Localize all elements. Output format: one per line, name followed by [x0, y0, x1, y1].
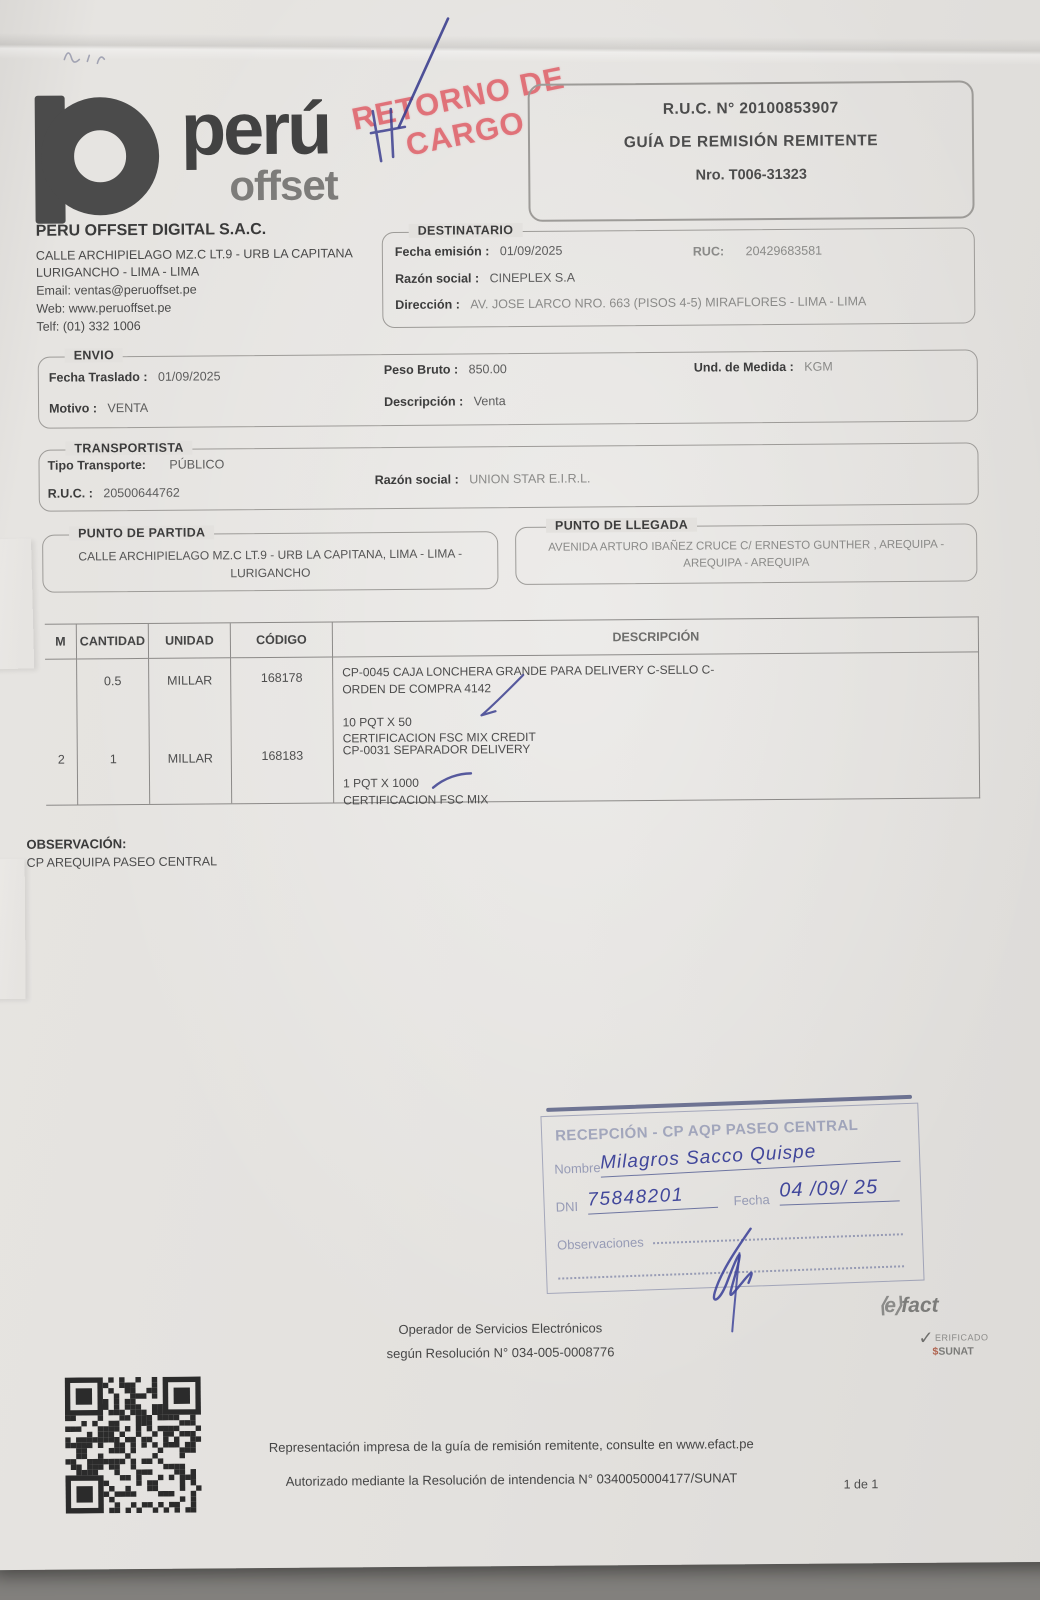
row1-codigo: 168178: [231, 670, 332, 685]
paper-sheet: perú offset RETORNO DE CARGO R.U.C. N° 2…: [0, 0, 1040, 1570]
punto-partida-title: PUNTO DE PARTIDA: [69, 525, 214, 540]
punto-llegada-title: PUNTO DE LLEGADA: [546, 518, 697, 533]
tipo-transporte-value: PÚBLICO: [169, 457, 224, 471]
row2-descripcion: CP-0031 SEPARADOR DELIVERY 1 PQT X 1000 …: [343, 737, 975, 808]
punto-partida-box: PUNTO DE PARTIDA CALLE ARCHIPIELAGO MZ.C…: [42, 531, 498, 593]
operador-info: Operador de Servicios Electrónicos según…: [310, 1320, 690, 1362]
peso-bruto-value: 850.00: [469, 362, 507, 376]
sender-name: PERU OFFSET DIGITAL S.A.C.: [36, 218, 381, 243]
reception-stamp: RECEPCIÓN - CP AQP PASEO CENTRAL Nombre …: [538, 1087, 927, 1297]
destinatario-ruc-value: 20429683581: [746, 244, 823, 259]
razon-social-value: CINEPLEX S.A: [490, 271, 576, 286]
row2-item: 2: [46, 752, 77, 766]
col-descripcion: DESCRIPCIÓN CP-0045 CAJA LONCHERA GRANDE…: [332, 617, 980, 802]
row1-descripcion: CP-0045 CAJA LONCHERA GRANDE PARA DELIVE…: [342, 659, 974, 747]
observaciones-label: Observaciones: [557, 1235, 644, 1253]
header-unidad: UNIDAD: [149, 623, 230, 659]
unidad-medida-label: Und. de Medida :: [694, 360, 794, 375]
legal-line1: Representación impresa de la guía de rem…: [111, 1435, 911, 1456]
peru-offset-logo: perú offset: [33, 83, 364, 236]
observacion-section: OBSERVACIÓN: CP AREQUIPA PASEO CENTRAL: [26, 835, 217, 869]
row1-cantidad: 0.5: [77, 674, 148, 689]
row2-unidad: MILLAR: [150, 751, 231, 766]
razon-social-label: Razón social :: [395, 271, 479, 286]
peso-bruto-label: Peso Bruto :: [384, 362, 458, 377]
col-cantidad: CANTIDAD 0.5 1: [76, 624, 149, 805]
transportista-ruc-value: 20500644762: [103, 486, 180, 501]
header-cantidad: CANTIDAD: [77, 624, 148, 660]
fecha-label: Fecha: [733, 1192, 770, 1208]
efact-text: fact: [901, 1294, 939, 1317]
efact-e-icon: [878, 1294, 901, 1317]
items-table: M 2 CANTIDAD 0.5 1 UNIDAD MILLAR MILLAR …: [45, 616, 980, 805]
operador-line1: Operador de Servicios Electrónicos: [310, 1320, 690, 1338]
destinatario-title: DESTINATARIO: [409, 223, 523, 238]
row2-codigo: 168183: [232, 748, 333, 763]
destinatario-box: DESTINATARIO Fecha emisión : 01/09/2025 …: [382, 227, 976, 328]
punto-llegada-address: AVENIDA ARTURO IBAÑEZ CRUCE C/ ERNESTO G…: [516, 536, 976, 574]
fecha-traslado-label: Fecha Traslado :: [49, 370, 148, 385]
col-codigo: CÓDIGO 168178 168183: [230, 622, 333, 803]
document-content: perú offset RETORNO DE CARGO R.U.C. N° 2…: [0, 0, 1040, 1570]
logo-word-offset: offset: [229, 161, 338, 210]
descripcion-label: Descripción :: [384, 394, 463, 409]
document-title: GUÍA DE REMISIÓN REMITENTE: [530, 131, 972, 152]
fecha-handwritten: 04 /09/ 25: [779, 1175, 900, 1205]
observacion-text: CP AREQUIPA PASEO CENTRAL: [27, 854, 217, 869]
transportista-title: TRANSPORTISTA: [65, 441, 192, 456]
descripcion-value: Venta: [474, 394, 506, 408]
observacion-title: OBSERVACIÓN:: [26, 835, 216, 851]
pen-scribble-icon: [58, 39, 128, 70]
sender-phone: Telf: (01) 332 1006: [36, 316, 381, 336]
transportista-box: TRANSPORTISTA Tipo Transporte: PÚBLICO R…: [38, 442, 978, 511]
checkmark-icon: ✓: [918, 1333, 934, 1343]
envio-box: ENVIO Fecha Traslado : 01/09/2025 Motivo…: [38, 349, 979, 428]
nombre-label: Nombre: [554, 1160, 601, 1177]
header-item: M: [45, 624, 76, 659]
destinatario-ruc-label: RUC:: [693, 244, 724, 258]
fecha-traslado-value: 01/09/2025: [158, 369, 221, 383]
direccion-value: AV. JOSE LARCO NRO. 663 (PISOS 4-5) MIRA…: [470, 294, 866, 311]
sender-address1: CALLE ARCHIPIELAGO MZ.C LT.9 - URB LA CA…: [36, 245, 381, 265]
legal-line2: Autorizado mediante la Resolución de int…: [111, 1469, 911, 1490]
sender-info: PERU OFFSET DIGITAL S.A.C. CALLE ARCHIPI…: [36, 218, 382, 336]
envio-title: ENVIO: [65, 348, 124, 362]
sunat-text: SUNAT: [938, 1345, 973, 1357]
col-unidad: UNIDAD MILLAR MILLAR: [148, 623, 231, 804]
direccion-label: Dirección :: [395, 297, 460, 312]
operador-line2: según Resolución N° 034-005-0008776: [310, 1344, 690, 1362]
row1-unidad: MILLAR: [149, 673, 230, 688]
tipo-transporte-label: Tipo Transporte:: [47, 458, 145, 473]
punto-llegada-box: PUNTO DE LLEGADA AVENIDA ARTURO IBAÑEZ C…: [515, 523, 977, 585]
row2-cantidad: 1: [78, 752, 149, 767]
transportista-ruc-label: R.U.C. :: [48, 486, 93, 500]
efact-logo: fact: [878, 1293, 939, 1318]
unidad-medida-value: KGM: [804, 360, 833, 374]
logo-word-peru: perú: [181, 85, 330, 171]
page-number: 1 de 1: [844, 1477, 879, 1491]
ruc-number: R.U.C. N° 20100853907: [530, 98, 972, 119]
logo-p-icon: [35, 95, 164, 224]
fecha-emision-value: 01/09/2025: [500, 244, 563, 258]
header-codigo: CÓDIGO: [231, 622, 332, 658]
transportista-razon-value: UNION STAR E.I.R.L.: [469, 471, 590, 486]
document-number: Nro. T006-31323: [530, 165, 972, 184]
document-id-box: R.U.C. N° 20100853907 GUÍA DE REMISIÓN R…: [528, 80, 975, 221]
fecha-emision-label: Fecha emisión :: [395, 244, 490, 259]
punto-partida-address: CALLE ARCHIPIELAGO MZ.C LT.9 - URB LA CA…: [43, 544, 497, 584]
verificado-text: ERIFICADO: [935, 1332, 989, 1342]
sunat-verified-badge: ✓ERIFICADO $SUNAT: [918, 1332, 988, 1358]
motivo-value: VENTA: [107, 401, 148, 415]
motivo-label: Motivo :: [49, 401, 97, 415]
transportista-razon-label: Razón social :: [375, 472, 459, 487]
col-item: M 2: [45, 624, 77, 804]
header-descripcion: DESCRIPCIÓN: [333, 617, 979, 657]
dni-label: DNI: [555, 1199, 578, 1215]
